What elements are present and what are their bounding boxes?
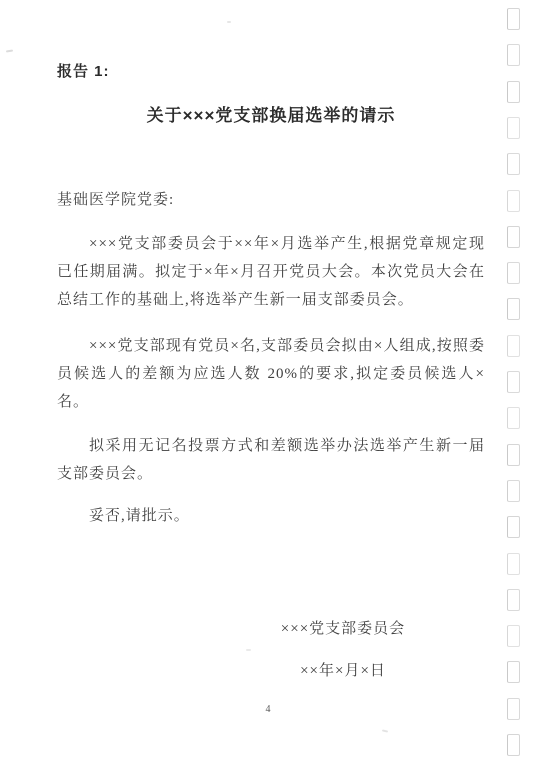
- scan-artifact: [227, 21, 231, 23]
- scan-artifact: [6, 50, 13, 53]
- binding-hole-mark: [507, 516, 520, 538]
- binding-hole-mark: [507, 298, 520, 320]
- binding-hole-mark: [507, 625, 520, 647]
- binding-hole-mark: [507, 480, 520, 502]
- binding-hole-mark: [507, 734, 520, 756]
- binding-hole-mark: [507, 44, 520, 66]
- page-number: 4: [258, 704, 278, 715]
- document-title: 关于×××党支部换届选举的请示: [57, 104, 485, 128]
- scan-artifact: [246, 649, 251, 651]
- binding-hole-mark: [507, 335, 520, 357]
- signature-block: ×××党支部委员会 ××年×月×日: [258, 618, 428, 682]
- binding-hole-mark: [507, 226, 520, 248]
- signature-date: ××年×月×日: [258, 660, 428, 682]
- binding-hole-mark: [507, 117, 520, 139]
- binding-hole-mark: [507, 8, 520, 30]
- binding-hole-mark: [507, 444, 520, 466]
- scan-artifact: [382, 729, 388, 732]
- binding-hole-mark: [507, 698, 520, 720]
- binding-hole-mark: [507, 153, 520, 175]
- closing-line: 妥否,请批示。: [57, 502, 485, 530]
- body-paragraph-3: 拟采用无记名投票方式和差额选举办法选举产生新一届支部委员会。: [57, 432, 485, 488]
- binding-hole-mark: [507, 371, 520, 393]
- binding-hole-mark: [507, 81, 520, 103]
- binding-hole-mark: [507, 190, 520, 212]
- binding-hole-mark: [507, 262, 520, 284]
- salutation-line: 基础医学院党委:: [57, 186, 485, 214]
- binding-hole-mark: [507, 407, 520, 429]
- binding-hole-mark: [507, 589, 520, 611]
- scanned-document-page: 报告 1: 关于×××党支部换届选举的请示 基础医学院党委: ×××党支部委员会…: [0, 0, 543, 768]
- signature-name: ×××党支部委员会: [258, 618, 428, 640]
- body-paragraph-2: ×××党支部现有党员×名,支部委员会拟由×人组成,按照委员候选人的差额为应选人数…: [57, 332, 485, 416]
- document-body: 报告 1: 关于×××党支部换届选举的请示 基础医学院党委: ×××党支部委员会…: [57, 0, 485, 682]
- binding-hole-mark: [507, 661, 520, 683]
- report-label: 报告 1:: [57, 62, 485, 82]
- body-paragraph-1: ×××党支部委员会于××年×月选举产生,根据党章规定现已任期届满。拟定于×年×月…: [57, 230, 485, 314]
- binding-hole-mark: [507, 553, 520, 575]
